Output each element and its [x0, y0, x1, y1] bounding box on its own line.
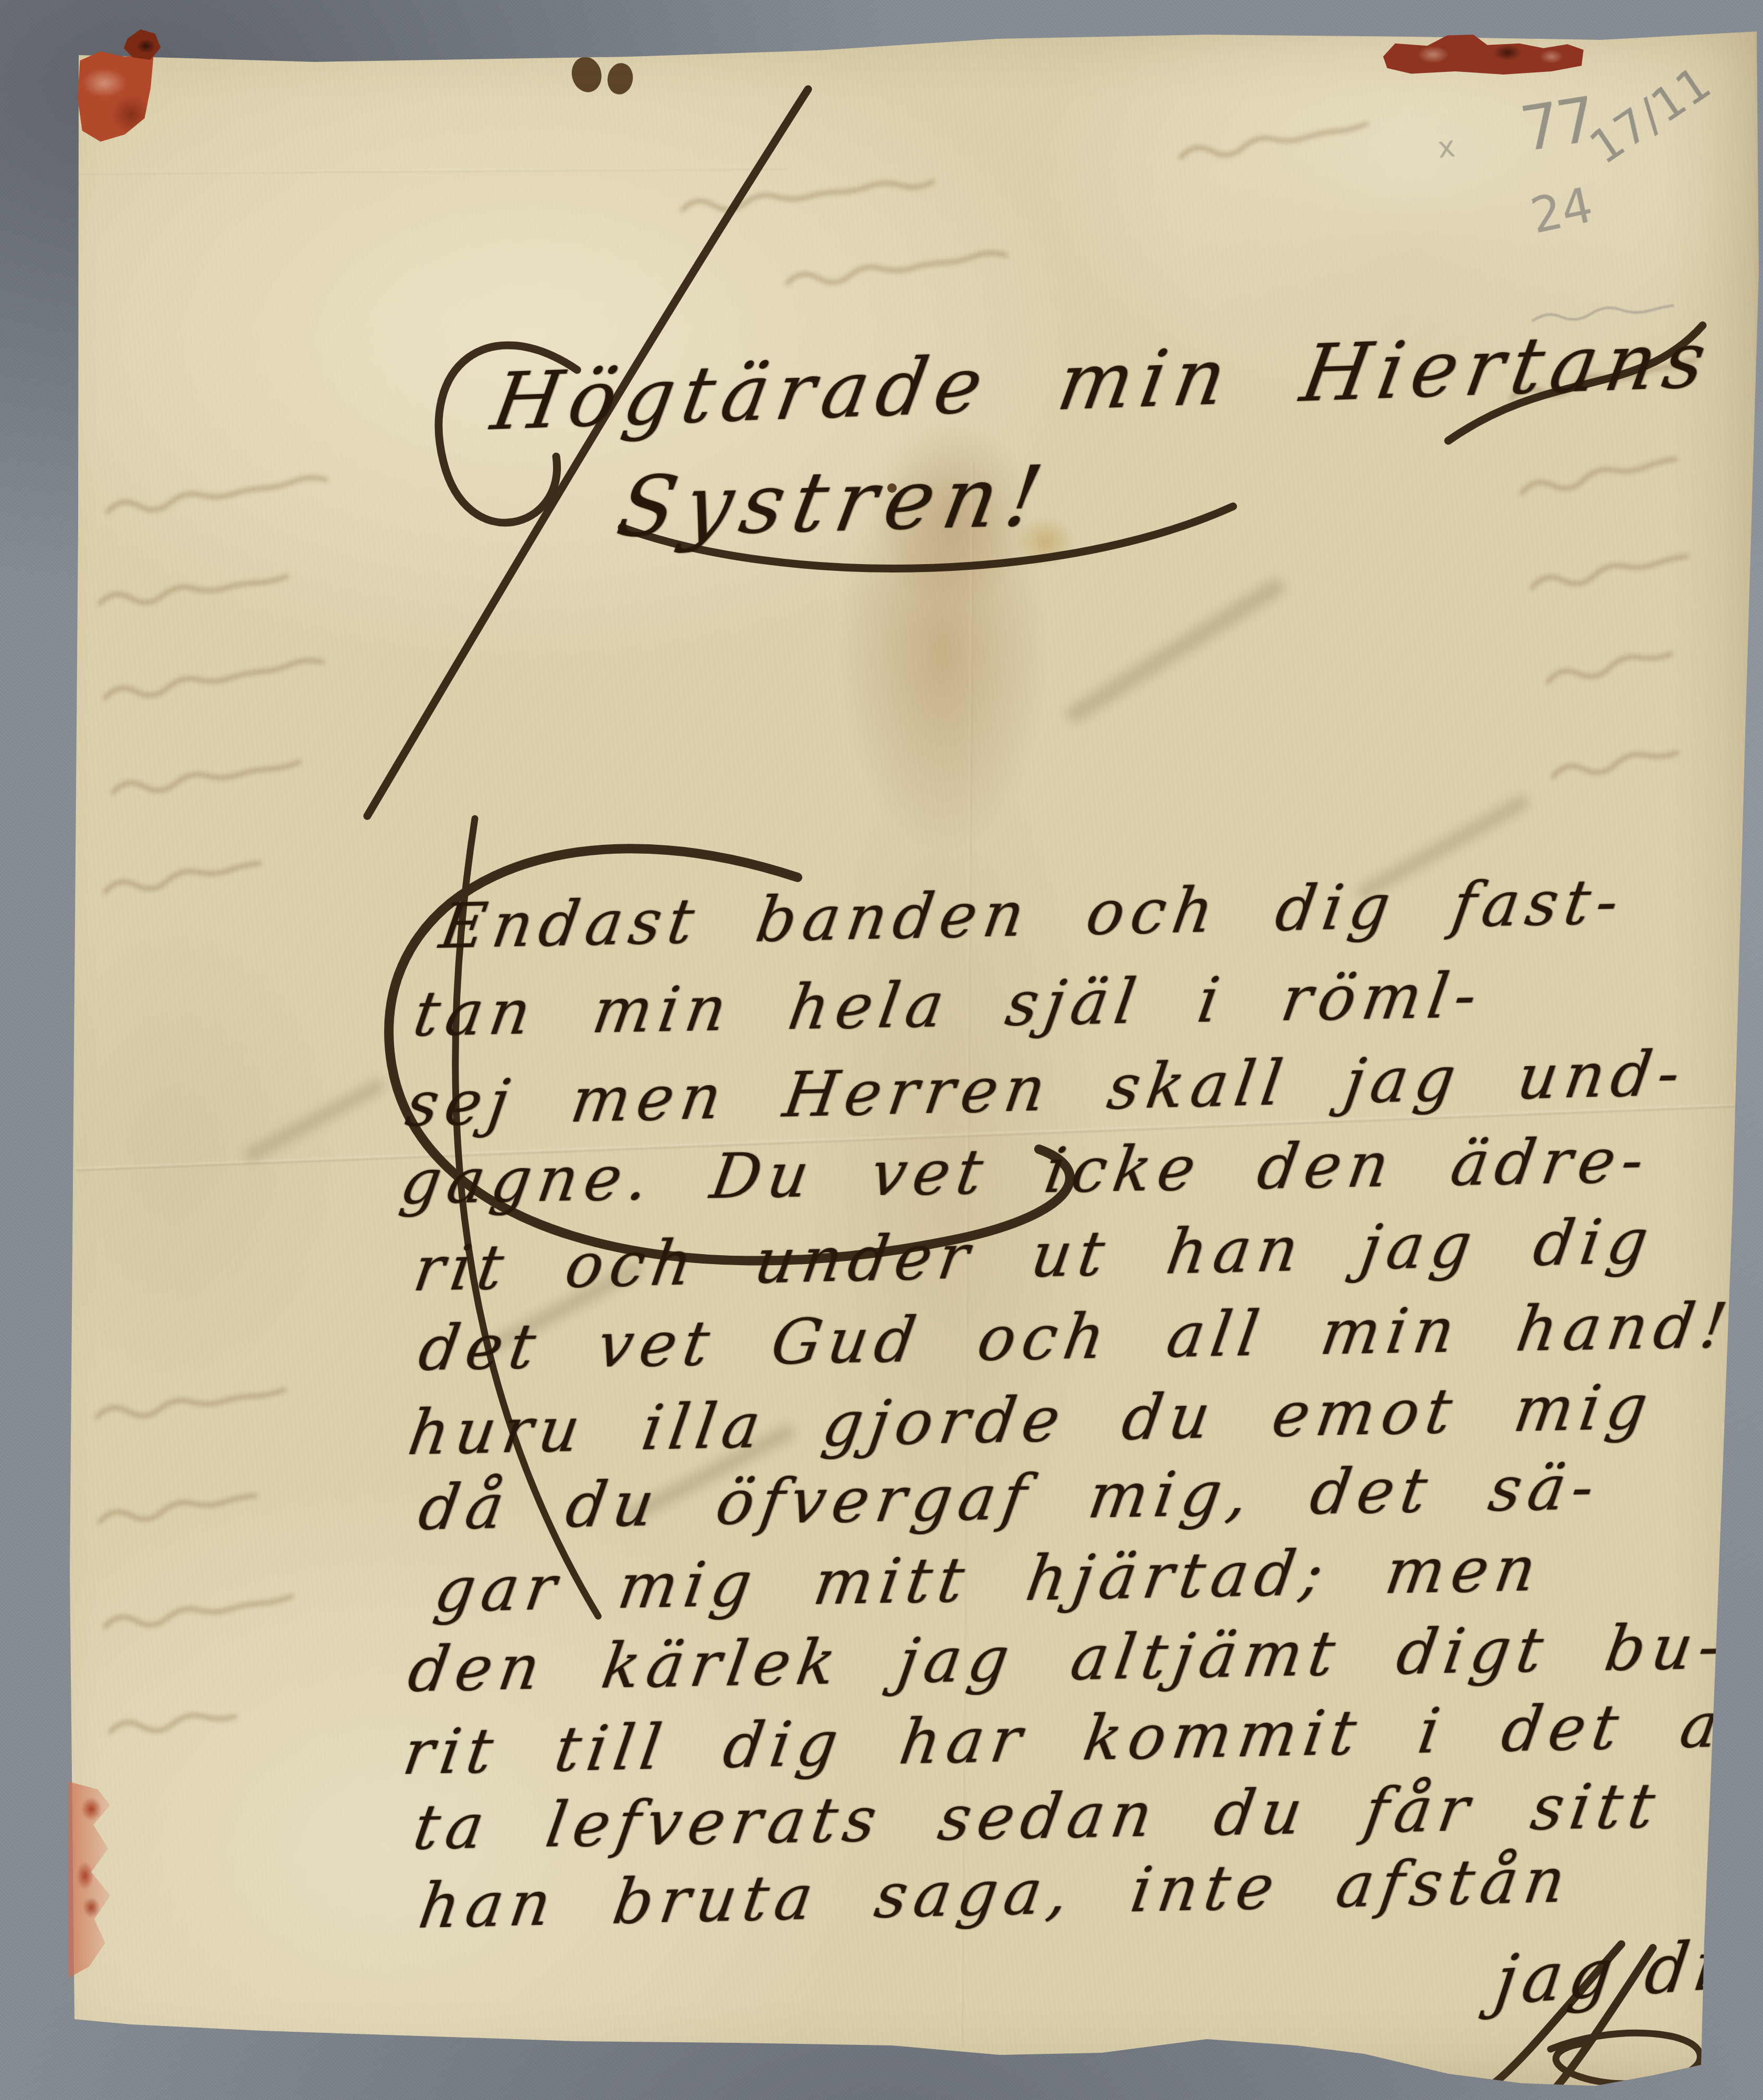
body-line-8: då du öfvergaf mig, det sä-: [414, 1450, 1606, 1544]
pencil-archive-fraction: 17/11: [1580, 56, 1720, 175]
scan-background: 77 17/11 24 x Högtärade min Hiertans Sys…: [0, 0, 1763, 2100]
body-line-9: gar mig mitt hjärtad; men: [430, 1532, 1547, 1626]
heading-line-2: Systren!: [610, 448, 1058, 556]
body-line-10: den kärlek jag altjämt digt bu-: [403, 1610, 1733, 1705]
ghost-writing: [0, 0, 1763, 2100]
closing-line: jag dig!: [1490, 1919, 1763, 2020]
crease-top: [79, 167, 787, 175]
ink-speck: [605, 61, 635, 96]
body-line-5: rit och under ut han jag dig: [409, 1204, 1660, 1305]
body-line-6: det vet Gud och all min hand!: [414, 1289, 1738, 1384]
flourish-strokes: [0, 0, 1763, 2100]
body-line-11: rit till dig har kommit i det alt-: [399, 1687, 1763, 1789]
heading-line-1: Högtärade min Hiertans: [485, 314, 1720, 448]
body-line-12: ta lefverats sedan du får sitt: [409, 1769, 1666, 1863]
crease-horizontal: [76, 1104, 1738, 1171]
pencil-scribble: [0, 0, 1763, 2100]
letter-paper: 77 17/11 24 x Högtärade min Hiertans Sys…: [0, 0, 1763, 2100]
body-line-2: tan min hela själ i röml-: [409, 959, 1488, 1050]
pencil-x-mark: x: [1436, 129, 1457, 165]
crease-vertical: [960, 462, 974, 2046]
wax-seal-top-left-fragment: [124, 29, 161, 60]
body-line-4: gagne. Du vet icke den ädre-: [396, 1123, 1655, 1218]
pencil-archive-number: 77: [1515, 83, 1598, 166]
pencil-page-number: 24: [1526, 177, 1598, 245]
body-line-1: Endast banden och dig fast-: [436, 865, 1630, 962]
ink-speck: [568, 54, 606, 96]
body-line-13: han bruta saga, inte afstån: [415, 1843, 1577, 1942]
body-line-3: sej men Herren skall jag und-: [401, 1036, 1692, 1140]
body-line-7: huru illa gjorde du emot mig: [404, 1370, 1659, 1469]
